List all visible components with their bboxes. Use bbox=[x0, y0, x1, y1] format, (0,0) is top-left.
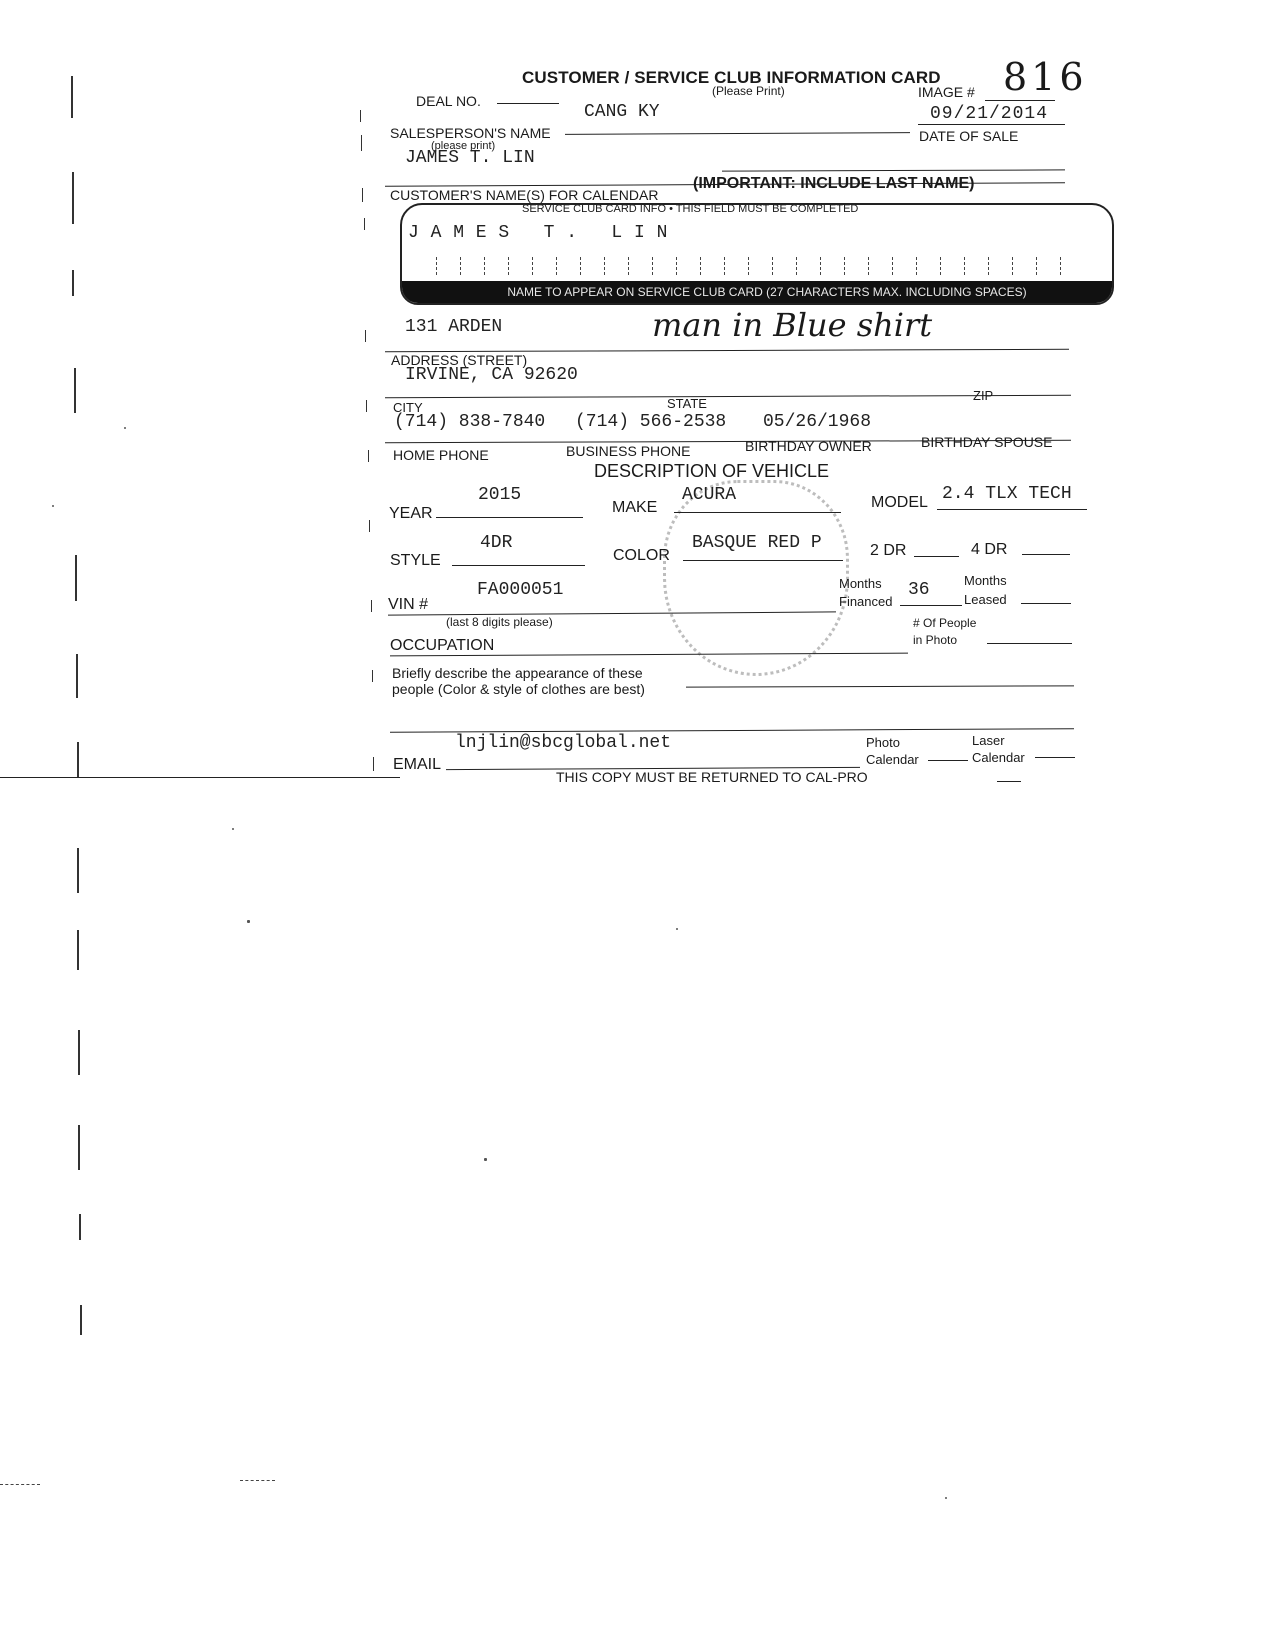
home-phone-label: HOME PHONE bbox=[393, 447, 489, 463]
months-leased-label-top: Months bbox=[964, 573, 1007, 588]
four-door-label: 4 DR bbox=[971, 541, 1007, 559]
home-phone-value[interactable]: (714) 838-7840 bbox=[394, 412, 545, 432]
color-label: COLOR bbox=[613, 547, 670, 565]
vin-label: VIN # bbox=[388, 596, 428, 614]
secondary-name-line bbox=[722, 169, 1065, 171]
make-line bbox=[674, 512, 841, 513]
image-number-label: IMAGE # bbox=[918, 84, 975, 100]
scan-mark bbox=[77, 848, 79, 893]
date-of-sale-value[interactable]: 09/21/2014 bbox=[930, 104, 1048, 124]
photo-calendar-line[interactable] bbox=[928, 760, 968, 761]
salesperson-line bbox=[565, 132, 910, 135]
email-value[interactable]: lnjlin@sbcglobal.net bbox=[455, 733, 671, 753]
scan-mark bbox=[366, 400, 367, 412]
scan-edge-line bbox=[0, 1484, 40, 1485]
laser-calendar-label-bottom: Calendar bbox=[972, 750, 1025, 765]
style-value[interactable]: 4DR bbox=[480, 533, 512, 553]
year-line bbox=[436, 517, 583, 518]
color-value[interactable]: BASQUE RED P bbox=[692, 533, 822, 553]
months-financed-label-bottom: Financed bbox=[839, 594, 892, 609]
handwritten-appearance-note: man in Blue shirt bbox=[652, 306, 932, 344]
scan-mark bbox=[371, 600, 372, 612]
two-door-label: 2 DR bbox=[870, 542, 906, 560]
photo-calendar-label-bottom: Calendar bbox=[866, 752, 919, 767]
scan-mark bbox=[364, 218, 365, 230]
service-club-card-name[interactable]: J A M E S T . L I N bbox=[408, 223, 668, 243]
scan-mark bbox=[360, 110, 361, 122]
street-value[interactable]: 131 ARDEN bbox=[405, 317, 502, 337]
salesperson-value[interactable]: CANG KY bbox=[584, 102, 660, 122]
business-phone-value[interactable]: (714) 566-2538 bbox=[575, 412, 726, 432]
describe-line-1[interactable] bbox=[686, 685, 1074, 687]
vehicle-section-title: DESCRIPTION OF VEHICLE bbox=[594, 461, 829, 482]
important-note: (IMPORTANT: INCLUDE LAST NAME) bbox=[693, 175, 974, 193]
scan-mark bbox=[368, 450, 369, 462]
make-label: MAKE bbox=[612, 499, 657, 517]
scan-mark bbox=[78, 1030, 80, 1075]
footer-dash bbox=[997, 781, 1021, 782]
service-club-card-band-text: NAME TO APPEAR ON SERVICE CLUB CARD (27 … bbox=[507, 285, 1026, 299]
scan-mark bbox=[71, 76, 73, 118]
describe-label-line-1: Briefly describe the appearance of these bbox=[392, 665, 643, 681]
image-number-line bbox=[985, 100, 1055, 101]
four-door-line[interactable] bbox=[1022, 554, 1070, 555]
return-copy-footer: THIS COPY MUST BE RETURNED TO CAL-PRO bbox=[556, 769, 868, 785]
please-print-note: (Please Print) bbox=[712, 84, 785, 98]
secondary-name-value: JAMES T. LIN bbox=[405, 148, 535, 168]
calendar-name-label: CUSTOMER'S NAME(S) FOR CALENDAR bbox=[390, 187, 658, 203]
people-in-photo-label-top: # Of People bbox=[913, 616, 976, 630]
people-in-photo-label-bottom: in Photo bbox=[913, 633, 957, 647]
business-phone-label: BUSINESS PHONE bbox=[566, 443, 690, 459]
model-value[interactable]: 2.4 TLX TECH bbox=[942, 484, 1072, 504]
scan-mark bbox=[79, 1214, 81, 1240]
zip-label: ZIP bbox=[973, 388, 993, 403]
laser-calendar-line[interactable] bbox=[1035, 757, 1075, 758]
year-value[interactable]: 2015 bbox=[478, 485, 521, 505]
style-label: STYLE bbox=[390, 552, 441, 570]
service-club-card-field[interactable]: SERVICE CLUB CARD INFO • THIS FIELD MUST… bbox=[400, 203, 1114, 305]
scan-mark bbox=[369, 520, 370, 532]
deal-no-line[interactable] bbox=[497, 103, 559, 104]
color-line bbox=[683, 560, 843, 561]
salesperson-label: SALESPERSON'S NAME bbox=[390, 125, 551, 141]
months-leased-line[interactable] bbox=[1021, 603, 1071, 604]
birthday-owner-value[interactable]: 05/26/1968 bbox=[763, 412, 871, 432]
scan-mark bbox=[77, 930, 79, 970]
year-label: YEAR bbox=[389, 505, 433, 523]
date-of-sale-line bbox=[918, 124, 1065, 125]
vin-value[interactable]: FA000051 bbox=[477, 580, 563, 600]
scan-mark bbox=[362, 188, 363, 202]
model-label: MODEL bbox=[871, 494, 928, 512]
scan-edge-line bbox=[240, 1480, 275, 1481]
scan-mark bbox=[77, 742, 79, 778]
image-number-value[interactable]: 816 bbox=[1003, 55, 1088, 99]
scan-mark bbox=[78, 1125, 80, 1170]
faded-stamp bbox=[663, 480, 849, 676]
scan-mark bbox=[72, 270, 74, 296]
city-line bbox=[385, 395, 1071, 398]
scan-mark bbox=[80, 1305, 82, 1335]
email-label: EMAIL bbox=[393, 756, 441, 774]
two-door-line[interactable] bbox=[914, 556, 959, 557]
scan-mark bbox=[74, 368, 76, 413]
occupation-label: OCCUPATION bbox=[390, 637, 494, 655]
deal-no-label: DEAL NO. bbox=[416, 93, 481, 109]
model-line bbox=[937, 509, 1087, 510]
service-club-card-band: NAME TO APPEAR ON SERVICE CLUB CARD (27 … bbox=[402, 281, 1112, 303]
birthday-spouse-label: BIRTHDAY SPOUSE bbox=[921, 434, 1052, 450]
describe-label-line-2: people (Color & style of clothes are bes… bbox=[392, 681, 645, 697]
scan-mark bbox=[76, 654, 78, 698]
scan-mark bbox=[361, 135, 362, 151]
people-in-photo-line[interactable] bbox=[987, 643, 1072, 644]
vin-hint: (last 8 digits please) bbox=[446, 615, 553, 629]
make-value[interactable]: ACURA bbox=[682, 485, 736, 505]
service-club-card-label: SERVICE CLUB CARD INFO • THIS FIELD MUST… bbox=[522, 203, 858, 215]
scan-mark bbox=[365, 330, 366, 342]
date-of-sale-label: DATE OF SALE bbox=[919, 128, 1018, 144]
city-state-zip-value[interactable]: IRVINE, CA 92620 bbox=[405, 365, 578, 385]
scan-mark bbox=[75, 555, 77, 601]
birthday-owner-label: BIRTHDAY OWNER bbox=[745, 438, 872, 454]
scan-mark bbox=[72, 172, 74, 224]
scan-mark bbox=[372, 670, 373, 682]
months-financed-label-top: Months bbox=[839, 576, 882, 591]
scan-mark bbox=[373, 757, 374, 771]
laser-calendar-label-top: Laser bbox=[972, 733, 1005, 748]
scan-edge-line bbox=[0, 777, 400, 778]
months-leased-label-bottom: Leased bbox=[964, 592, 1007, 607]
state-label: STATE bbox=[667, 396, 707, 411]
months-financed-value[interactable]: 36 bbox=[908, 580, 930, 600]
photo-calendar-label-top: Photo bbox=[866, 735, 900, 750]
style-line bbox=[452, 565, 585, 566]
months-financed-line bbox=[900, 605, 962, 606]
